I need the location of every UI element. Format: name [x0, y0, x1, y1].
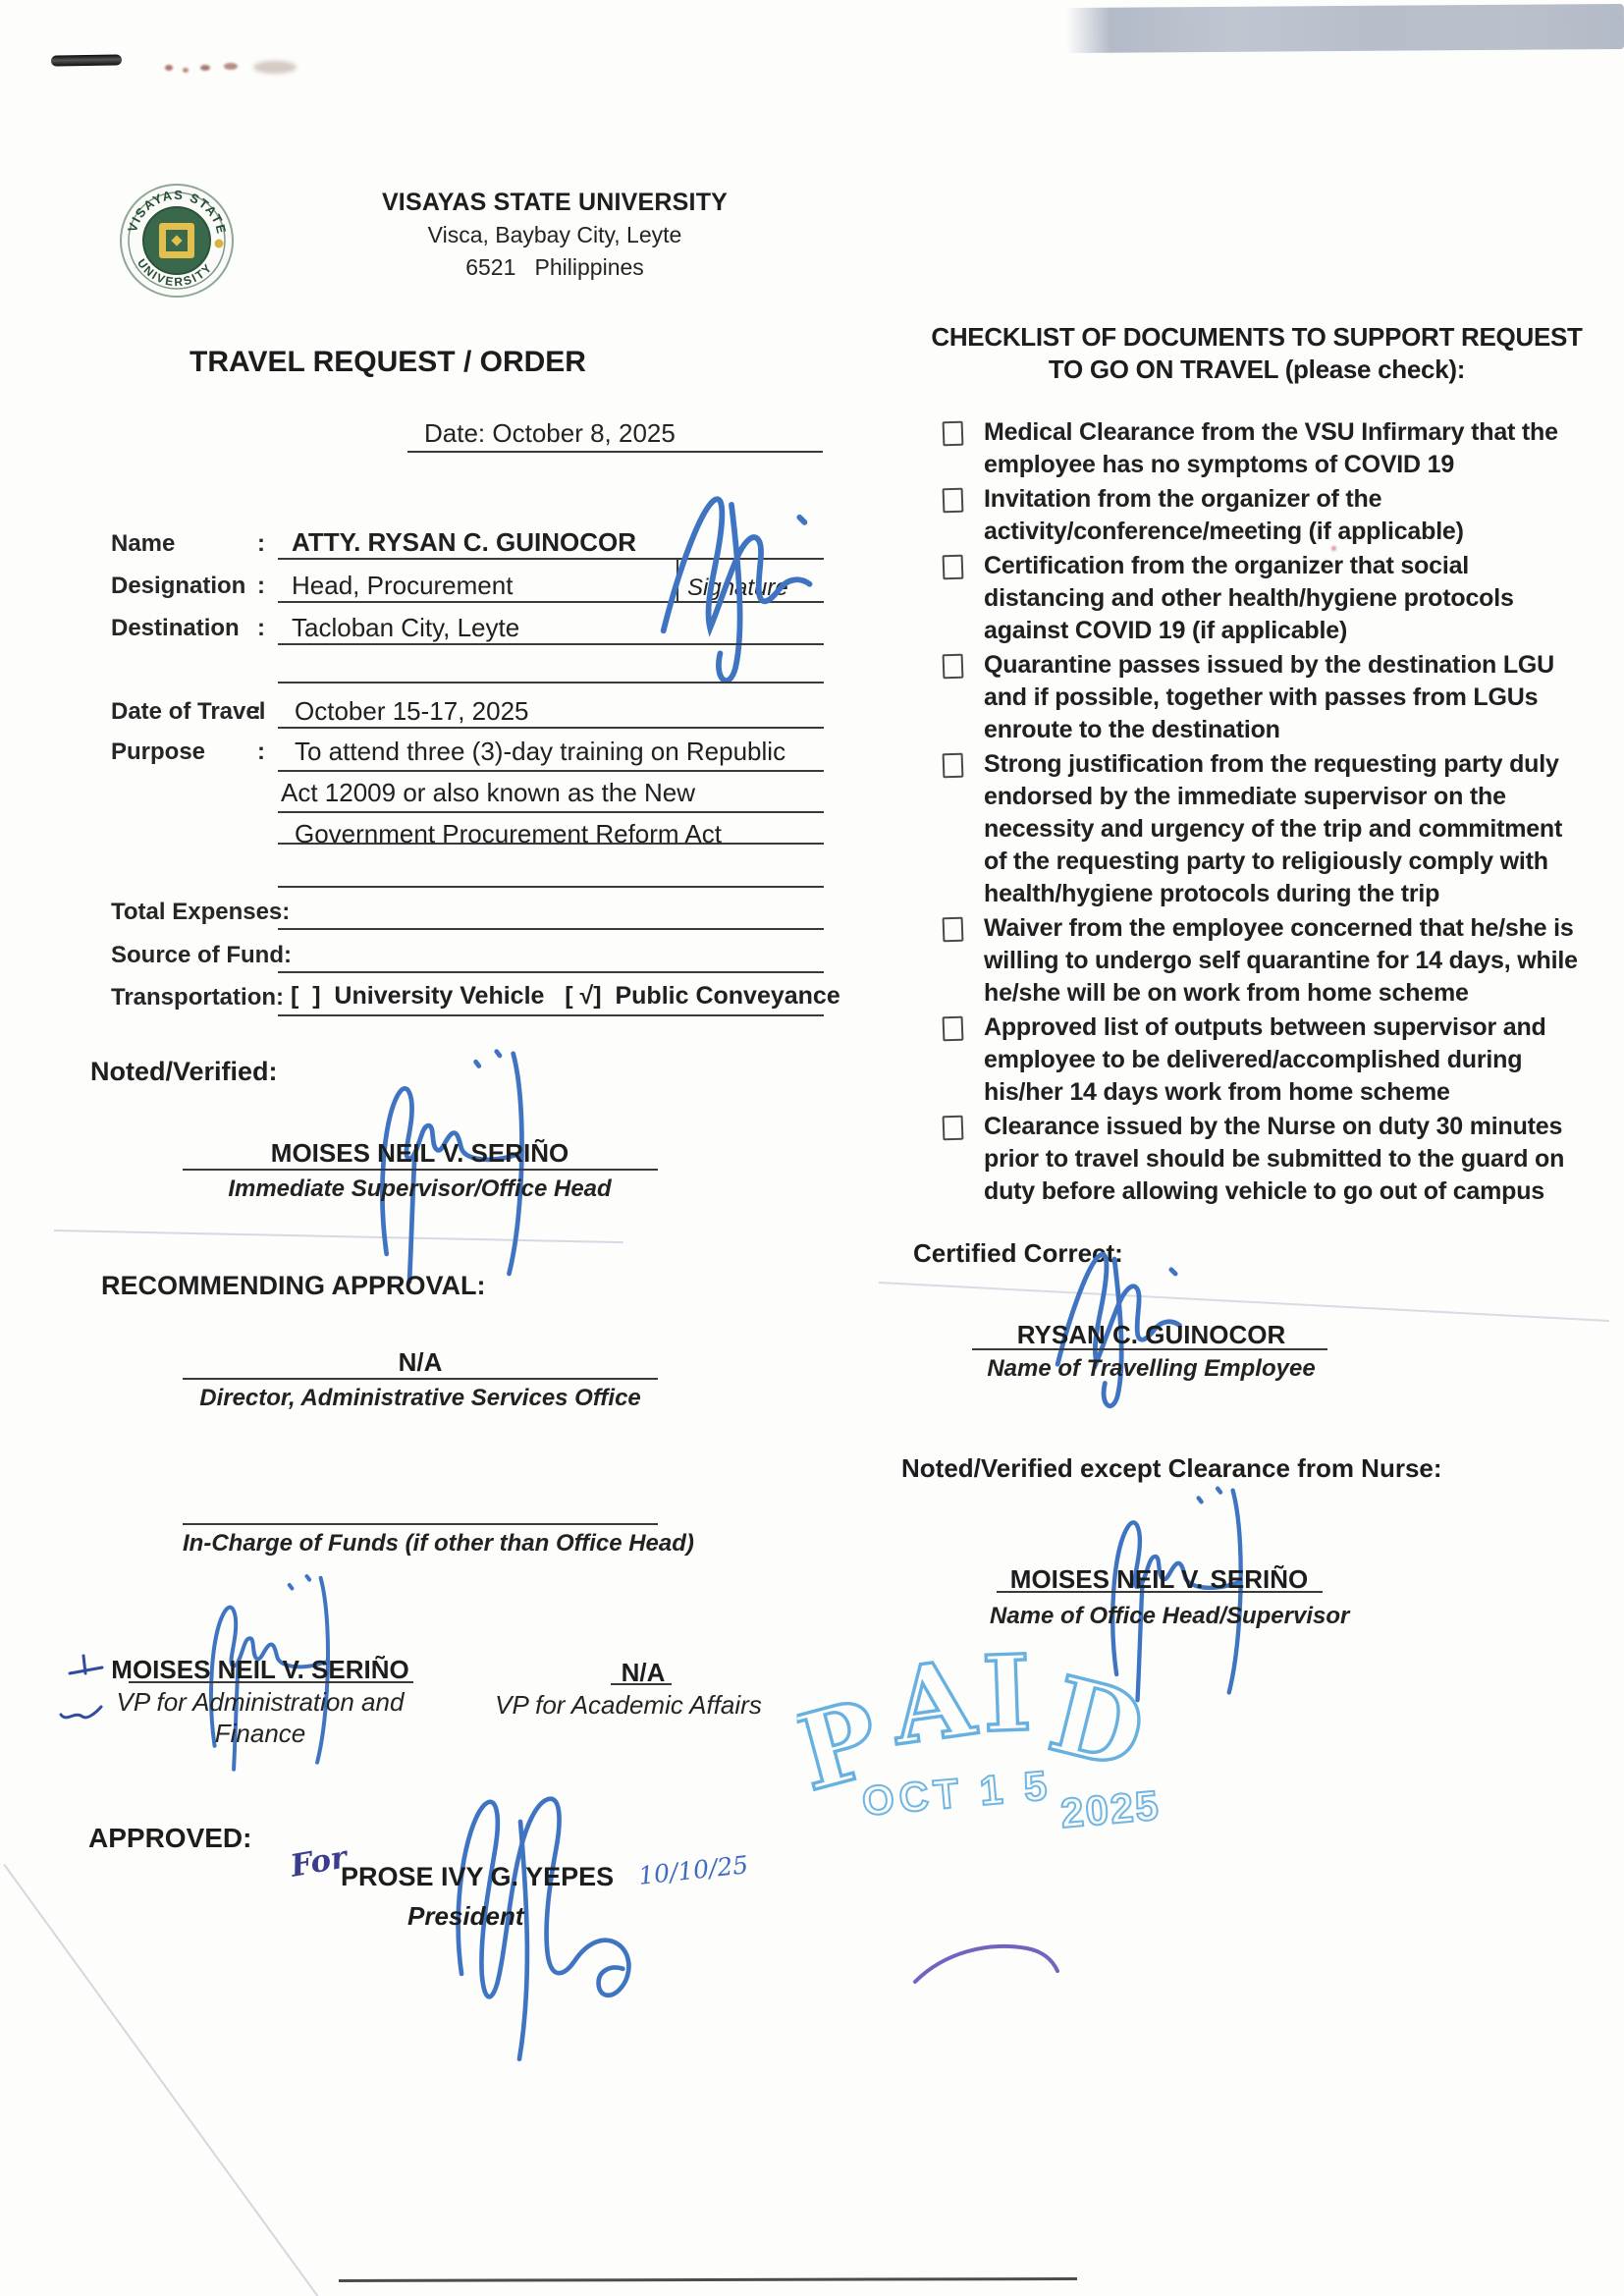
checkbox-icon	[943, 1016, 964, 1042]
ink-speck	[183, 68, 189, 73]
blank-underline	[278, 886, 824, 888]
purpose-underline2	[278, 811, 824, 813]
paid-stamp-letter: I	[980, 1631, 1033, 1756]
university-address-line2: 6521 Philippines	[324, 254, 785, 281]
checklist-title-line2: TO GO ON TRAVEL (please check):	[913, 355, 1600, 385]
ink-smear	[253, 61, 297, 74]
total-expenses-label: Total Expenses:	[111, 899, 290, 926]
noted-except-title: Name of Office Head/Supervisor	[990, 1603, 1328, 1630]
date-of-travel-label: Date of Travel	[111, 698, 265, 726]
recommending-name: N/A	[183, 1347, 658, 1378]
paid-stamp-date-right: 2025	[1058, 1781, 1162, 1836]
checkbox-icon	[943, 488, 964, 514]
name-colon: :	[257, 530, 265, 558]
vp-admin-underline	[129, 1681, 413, 1683]
destination-underline	[278, 643, 824, 645]
checklist-item: Strong justification from the requesting…	[935, 748, 1598, 910]
designation-label: Designation	[111, 573, 245, 600]
checklist-title-line1: CHECKLIST OF DOCUMENTS TO SUPPORT REQUES…	[913, 322, 1600, 353]
checklist-item: Invitation from the organizer of the act…	[935, 483, 1598, 548]
certified-underline	[972, 1348, 1327, 1350]
paid-stamp-date-left: OCT 1 5	[860, 1762, 1054, 1825]
date-line: Date: October 8, 2025	[424, 418, 676, 449]
noted-verified-name: MOISES NEIL V. SERIÑO	[182, 1138, 658, 1169]
noted-verified-title: Immediate Supervisor/Office Head	[182, 1175, 658, 1203]
scan-edge-line	[339, 2277, 1077, 2282]
checklist-item: Clearance issued by the Nurse on duty 30…	[935, 1111, 1598, 1208]
noted-verified-underline	[183, 1169, 658, 1171]
name-value: ATTY. RYSAN C. GUINOCOR	[292, 527, 636, 558]
vp-academic-underline	[611, 1683, 672, 1685]
noted-verified-heading: Noted/Verified:	[90, 1057, 278, 1087]
checkbox-icon	[943, 555, 964, 580]
checklist-item-text: Waiver from the employee concerned that …	[984, 912, 1585, 1010]
date-of-travel-colon: :	[253, 698, 261, 726]
form-title: TRAVEL REQUEST / ORDER	[172, 346, 604, 379]
vp-academic-title: VP for Academic Affairs	[461, 1690, 795, 1721]
paid-stamp-letter: D	[1039, 1652, 1156, 1793]
certified-name: RYSAN C. GUINOCOR	[967, 1320, 1335, 1350]
purpose-line1: To attend three (3)-day training on Repu…	[295, 737, 785, 767]
university-address-line1: Visca, Baybay City, Leyte	[324, 222, 785, 248]
purpose-underline3	[278, 843, 824, 845]
in-charge-title: In-Charge of Funds (if other than Office…	[183, 1530, 658, 1558]
purpose-line3: Government Procurement Reform Act	[295, 819, 722, 849]
recommending-title: Director, Administrative Services Office	[183, 1385, 658, 1412]
paid-stamp-letter: A	[883, 1635, 983, 1769]
checklist-item-text: Quarantine passes issued by the destinat…	[984, 649, 1585, 746]
scanned-travel-request-document: VISAYAS STATE UNIVERSITY VISAYAS STATE U…	[0, 0, 1624, 2296]
checklist-item: Certification from the organizer that so…	[935, 550, 1598, 647]
fold-crease	[54, 1230, 623, 1243]
checkbox-icon	[943, 654, 964, 680]
source-of-fund-label: Source of Fund:	[111, 942, 292, 969]
vp-admin-title-line2: Finance	[98, 1719, 422, 1749]
checklist-item: Waiver from the employee concerned that …	[935, 912, 1598, 1010]
designation-value: Head, Procurement	[292, 571, 513, 601]
purpose-line2: Act 12009 or also known as the New	[281, 778, 695, 808]
name-label: Name	[111, 530, 175, 558]
purpose-colon: :	[257, 738, 265, 766]
checklist-item-text: Strong justification from the requesting…	[984, 748, 1585, 910]
transportation-value: [ ] University Vehicle [ √] Public Conve…	[291, 982, 840, 1011]
approved-heading: APPROVED:	[88, 1823, 251, 1854]
recommending-approval-heading: RECOMMENDING APPROVAL:	[101, 1271, 486, 1301]
marker-smudge	[51, 54, 122, 66]
destination-colon: :	[257, 615, 265, 642]
checklist-item-text: Certification from the organizer that so…	[984, 550, 1585, 647]
destination-label: Destination	[111, 615, 240, 642]
ink-speck	[224, 63, 238, 70]
purpose-underline1	[278, 770, 824, 772]
guinocor-signature	[643, 469, 820, 696]
noted-except-underline	[997, 1591, 1323, 1593]
transportation-label: Transportation:	[111, 984, 284, 1011]
destination-value: Tacloban City, Leyte	[292, 613, 519, 643]
approved-name: PROSE IVY G. YEPES	[341, 1862, 614, 1892]
checklist: Medical Clearance from the VSU Infirmary…	[935, 416, 1598, 1210]
in-charge-underline	[183, 1523, 658, 1525]
paid-stamp: P A I D OCT 1 5 2025	[795, 1628, 1221, 1851]
ink-speck	[165, 65, 173, 71]
source-of-fund-underline	[278, 971, 824, 973]
university-name: VISAYAS STATE UNIVERSITY	[324, 189, 785, 217]
checklist-item: Medical Clearance from the VSU Infirmary…	[935, 416, 1598, 481]
checkbox-icon	[943, 421, 964, 447]
checklist-item: Quarantine passes issued by the destinat…	[935, 649, 1598, 746]
date-of-travel-value: October 15-17, 2025	[295, 696, 529, 727]
checklist-item-text: Medical Clearance from the VSU Infirmary…	[984, 416, 1585, 481]
scan-banner-artifact	[1066, 4, 1624, 53]
purple-pen-mark	[911, 1939, 1063, 1993]
checklist-item-text: Approved list of outputs between supervi…	[984, 1011, 1585, 1109]
blank-underline	[278, 682, 824, 683]
purpose-label: Purpose	[111, 738, 205, 766]
transportation-underline	[278, 1014, 824, 1016]
designation-colon: :	[257, 573, 265, 600]
checkbox-icon	[943, 917, 964, 943]
checklist-item-text: Clearance issued by the Nurse on duty 30…	[984, 1111, 1585, 1208]
checklist-item-text: Invitation from the organizer of the act…	[984, 483, 1585, 548]
fold-crease	[879, 1282, 1609, 1322]
checkbox-icon	[943, 1116, 964, 1141]
recommending-underline	[183, 1378, 658, 1380]
total-expenses-underline	[278, 928, 824, 930]
fold-crease	[3, 1864, 319, 2296]
date-underline	[407, 451, 823, 453]
checkbox-icon	[943, 753, 964, 779]
university-seal-logo: VISAYAS STATE UNIVERSITY	[116, 182, 238, 300]
approved-title: President	[407, 1901, 524, 1932]
ink-speck	[200, 65, 210, 71]
checklist-item: Approved list of outputs between supervi…	[935, 1011, 1598, 1109]
vp-admin-title-line1: VP for Administration and	[98, 1687, 422, 1718]
date-of-travel-underline	[278, 727, 824, 729]
certified-title: Name of Travelling Employee	[967, 1355, 1335, 1383]
